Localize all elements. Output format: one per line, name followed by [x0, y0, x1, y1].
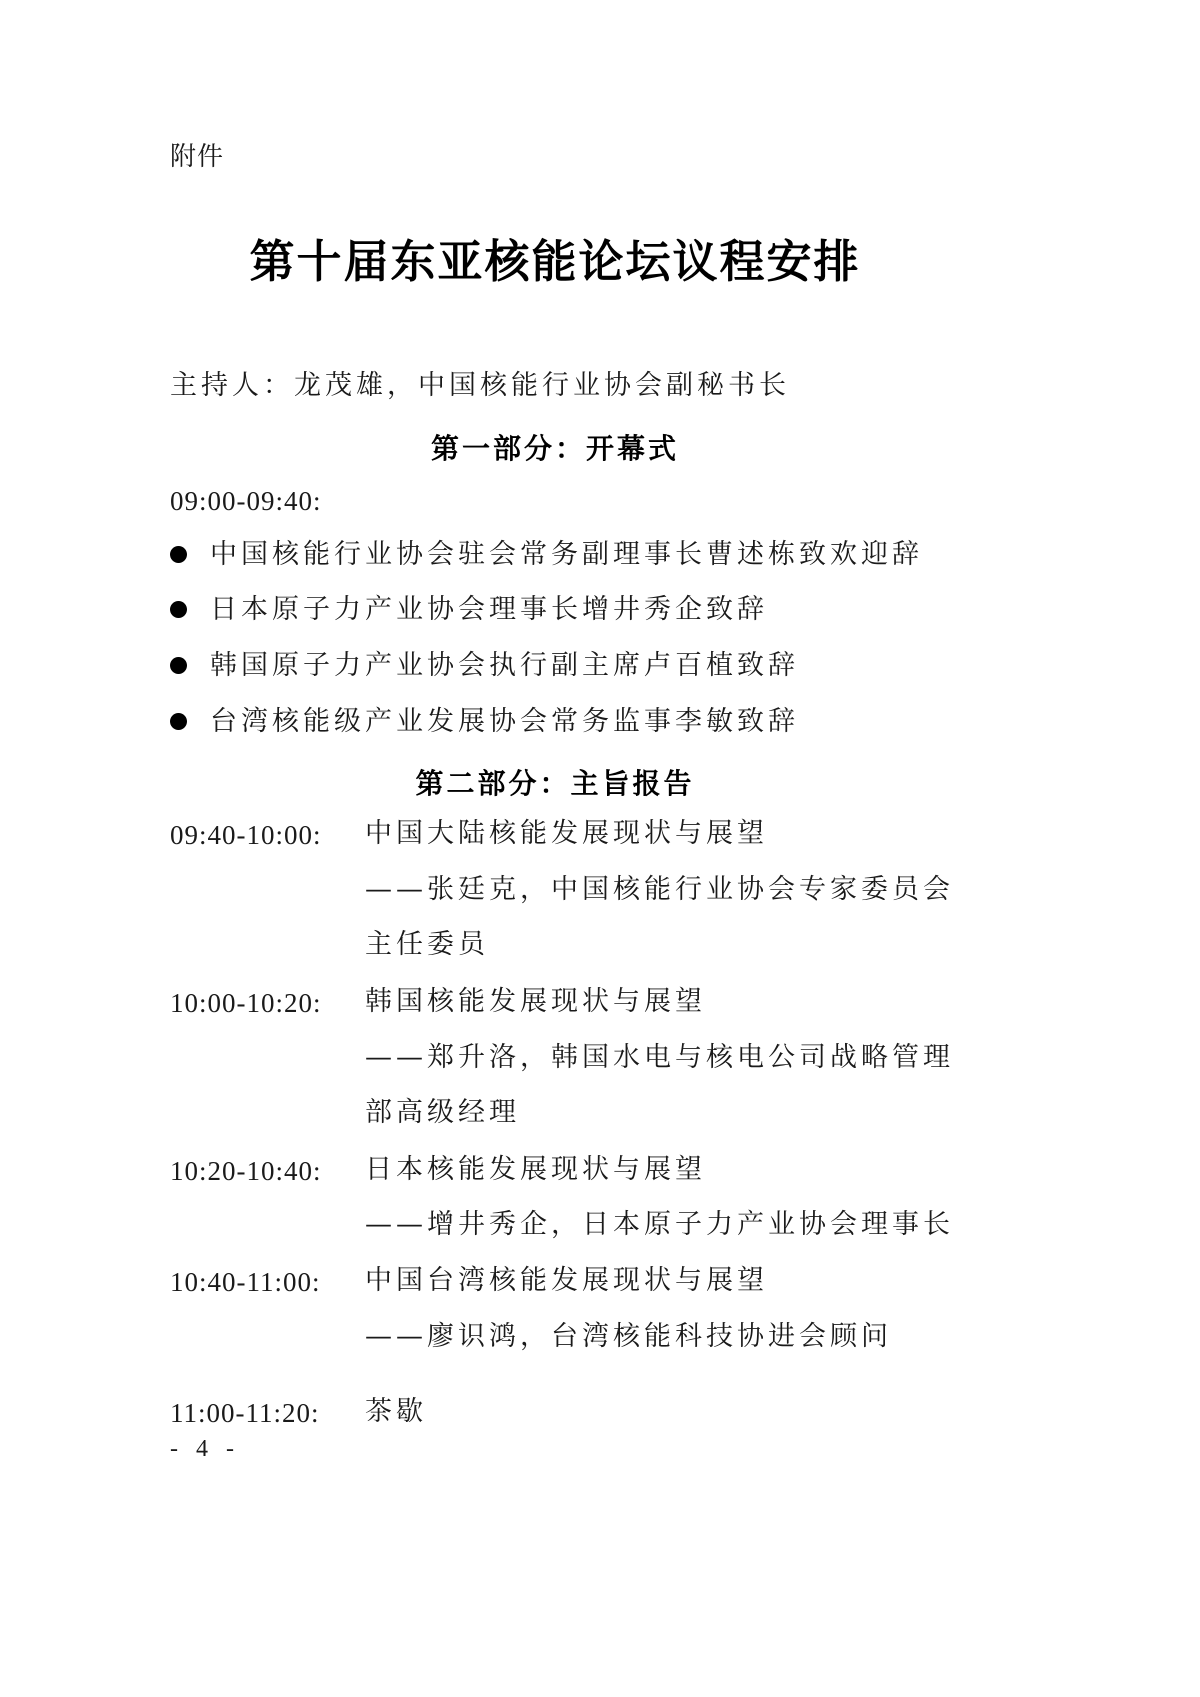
bullet-icon	[170, 713, 187, 730]
bullet-icon	[170, 657, 187, 674]
list-item-text: 中国核能行业协会驻会常务副理事长曹述栋致欢迎辞	[210, 541, 923, 568]
bullet-icon	[170, 546, 187, 563]
list-item-text: 韩国原子力产业协会执行副主席卢百植致辞	[210, 652, 799, 679]
list-item: 台湾核能级产业发展协会常务监事李敏致辞	[170, 708, 799, 735]
session-topic: 日本核能发展现状与展望	[365, 1156, 706, 1183]
section-heading-keynote: 第二部分：主旨报告	[0, 762, 1110, 802]
session-time: 10:20-10:40:	[170, 1156, 322, 1187]
session-speaker: ——增井秀企，日本原子力产业协会理事长	[365, 1211, 954, 1238]
session-topic: 韩国核能发展现状与展望	[365, 988, 706, 1015]
session-speaker: ——郑升洛，韩国水电与核电公司战略管理	[365, 1044, 954, 1071]
session-speaker-cont: 部高级经理	[365, 1099, 520, 1126]
page-number: - 4 -	[170, 1436, 240, 1463]
list-item-text: 日本原子力产业协会理事长增井秀企致辞	[210, 596, 768, 623]
session-time: 10:00-10:20:	[170, 988, 322, 1019]
document-page: 附件 第十届东亚核能论坛议程安排 主持人：龙茂雄，中国核能行业协会副秘书长 第一…	[0, 0, 1200, 1697]
page-title: 第十届东亚核能论坛议程安排	[0, 225, 1110, 290]
session-speaker-cont: 主任委员	[365, 931, 489, 958]
session-time: 09:40-10:00:	[170, 820, 322, 851]
section-heading-opening: 第一部分：开幕式	[0, 427, 1110, 467]
list-item: 韩国原子力产业协会执行副主席卢百植致辞	[170, 652, 799, 679]
list-item: 中国核能行业协会驻会常务副理事长曹述栋致欢迎辞	[170, 541, 923, 568]
host-line: 主持人：龙茂雄，中国核能行业协会副秘书长	[170, 372, 790, 399]
session-time: 11:00-11:20:	[170, 1398, 320, 1429]
list-item: 日本原子力产业协会理事长增井秀企致辞	[170, 596, 768, 623]
session-topic: 中国大陆核能发展现状与展望	[365, 820, 768, 847]
session-speaker: ——廖识鸿，台湾核能科技协进会顾问	[365, 1323, 892, 1350]
bullet-icon	[170, 601, 187, 618]
session-time: 10:40-11:00:	[170, 1267, 321, 1298]
attachment-label: 附件	[170, 136, 224, 173]
opening-time: 09:00-09:40:	[170, 486, 322, 517]
session-topic: 中国台湾核能发展现状与展望	[365, 1267, 768, 1294]
list-item-text: 台湾核能级产业发展协会常务监事李敏致辞	[210, 708, 799, 735]
session-topic: 茶歇	[365, 1398, 427, 1425]
session-speaker: ——张廷克，中国核能行业协会专家委员会	[365, 876, 954, 903]
